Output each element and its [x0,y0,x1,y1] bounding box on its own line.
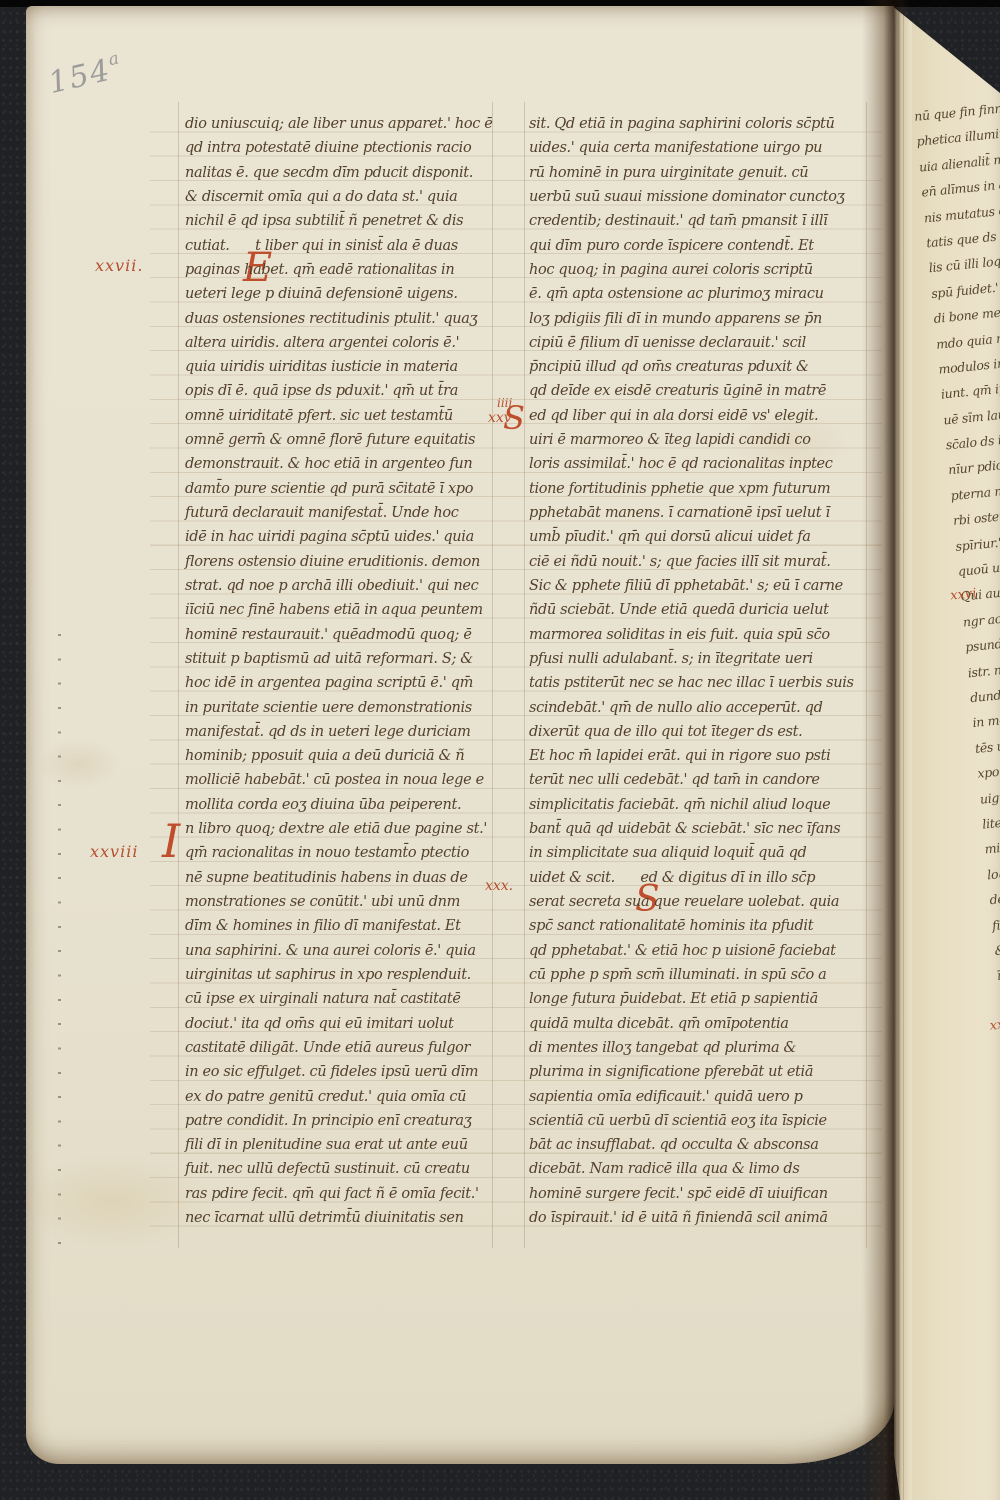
chapter-numeral-xxvi: xxvi [950,586,977,603]
manuscript-text-line: dīm & homines in filio dī manifestat. Et [185,914,497,938]
manuscript-text-line: nē supne beatitudinis habens in duas de [185,866,497,890]
manuscript-text-line: fuit. nec ullū defectū sustinuit. cū cre… [185,1157,497,1181]
rubricated-initial-S-sed-liber: S [503,402,525,434]
manuscript-text-line: sapientia omīa edificauit.' quidā uero p [529,1085,877,1109]
manuscript-text-line: una saphirini. & una aurei coloris ē.' q… [185,939,497,963]
manuscript-text-line: uirginitas ut saphirus in xpo resplendui… [185,963,497,987]
manuscript-text-line: molliciē habebāt.' cū postea in noua leg… [185,768,497,792]
manuscript-text-line: uiri ē marmoreo & īteg lapidi candidi co [529,428,877,452]
manuscript-text-line: dociut.' ita qd om̄s qui eū imitari uolu… [185,1012,497,1036]
manuscript-text-line: duas ostensiones rectitudinis ptulit.' q… [185,307,497,331]
manuscript-text-line: castitatē diligāt. Unde etiā aureus fulg… [185,1036,497,1060]
pricking-dots [58,634,61,1248]
facing-page-edge: nū que fin finnet̄phetica illuminauia al… [894,0,1000,1500]
manuscript-text-line: uerbū suū suaui missione dominator cunct… [529,185,877,209]
manuscript-text-line: uidet & scit. ed & digitus dī in illo sc… [529,866,877,890]
manuscript-text-line: p̄ncipiū illud qd om̄s creaturas pduxit … [529,355,877,379]
manuscript-text-line: mollita corda eoʒ diuina ūba peiperent. [185,793,497,817]
manuscript-text-line: tatis pstiterūt nec se hac nec illac ī u… [529,671,877,695]
manuscript-text-line: qd deīde ex eisdē creaturis ūginē in mat… [529,379,877,403]
manuscript-text-line: marmorea soliditas in eis fuit. quia spū… [529,623,877,647]
manuscript-text-line: cutiat. t liber qui in sinist̄ ala ē dua… [185,234,497,258]
text-column-right: sit. Qd etiā in pagina saphirini coloris… [529,112,877,1230]
manuscript-text-line: loris assimilat̄.' hoc ē qd racionalitas… [529,452,877,476]
folio-number-main: 154 [45,53,115,101]
manuscript-text-line: in eo sic effulget. cū fideles ipsū uerū… [185,1060,497,1084]
manuscript-text-line: manifestat̄. qd ds in ueteri lege durici… [185,720,497,744]
manuscript-text-line: paginas habet. qm̄ eadē rationalitas in [185,258,497,282]
manuscript-text-line: hominē surgere fecit.' spc̄ eidē dī uiui… [529,1182,877,1206]
manuscript-text-line: qm̄ racionalitas in nouo testamt̄o ptect… [185,841,497,865]
manuscript-text-line: cū ipse ex uirginali natura nat̄ castita… [185,987,497,1011]
manuscript-text-line: patre condidit. In principio enī creatur… [185,1109,497,1133]
manuscript-text-line: di mentes illoʒ tangebat qd plurima & [529,1036,877,1060]
manuscript-text-line: rū hominē in pura uirginitate genuit. cū [529,161,877,185]
manuscript-text-line: in puritate scientie uere demonstrationi… [185,696,497,720]
manuscript-text-line: ex do patre genitū credut.' quia omīa cū [185,1085,497,1109]
manuscript-text-line: opis dī ē. quā ipse ds pduxit.' qm̄ ut t… [185,379,497,403]
manuscript-text-line: uides.' quia certa manifestatione uirgo … [529,136,877,160]
manuscript-text-line: serat secreta sua que reuelare uolebat. … [529,890,877,914]
manuscript-text-line: hoc idē in argentea pagina scriptū ē.' q… [185,671,497,695]
chapter-numeral-xxxi: xxxi. [989,1016,1000,1034]
chapter-numeral-xxvii: xxvii. [95,256,143,275]
manuscript-text-line: ñdū sciebāt. Unde etiā quedā duricia uel… [529,598,877,622]
manuscript-text-line: fili dī in plenitudine sua erat ut ante … [185,1133,497,1157]
manuscript-text-line: monstrationes se conūtit.' ubi unū dnm [185,890,497,914]
facing-page-text: nū que fin finnet̄phetica illuminauia al… [913,90,1000,1267]
manuscript-text-line: simplicitatis faciebāt. qm̄ nichil aliud… [529,793,877,817]
manuscript-text-line: idē in hac uiridi pagina sc̄ptū uides.' … [185,525,497,549]
manuscript-text-line: tione fortitudinis pphetie que xpm futur… [529,477,877,501]
manuscript-text-line: ē. qm̄ apta ostensione ac plurimoʒ mirac… [529,282,877,306]
manuscript-text-line: ed qd liber qui in ala dorsi eidē vs' el… [529,404,877,428]
manuscript-text-line: iīciū nec finē habens etiā in aqua peunt… [185,598,497,622]
manuscript-text-line: do īspirauit.' id ē uitā ñ finiendā scil… [529,1206,877,1230]
manuscript-text-line: pfusi nulli adulabant̄. s; in ītegritate… [529,647,877,671]
manuscript-text-line: hominib; pposuit quia a deū duriciā & ñ [185,744,497,768]
manuscript-text-line: in simplicitate sua aliquid loquit̄ quā … [529,841,877,865]
manuscript-text-line: longe futura p̄uidebat. Et etiā p sapien… [529,987,877,1011]
manuscript-text-line: pphetabāt manens. ī carnationē ipsī uelu… [529,501,877,525]
manuscript-text-line: damt̄o pure scientie qd purā sc̄itatē ī … [185,477,497,501]
manuscript-text-line: florens ostensio diuine eruditionis. dem… [185,550,497,574]
manuscript-text-line: dio uniuscuiq; ale liber unus apparet.' … [185,112,497,136]
manuscript-text-line: dicebāt. Nam radicē illa qua & limo ds [529,1157,877,1181]
manuscript-text-line: nec īcarnat ullū detrimt̄ū diuinitatis s… [185,1206,497,1230]
manuscript-text-line: scindebāt.' qm̄ de nullo alio acceperūt.… [529,696,877,720]
manuscript-text-line: credentib; destinauit.' qd tam̄ pmansit … [529,209,877,233]
manuscript-text-line: hoc quoq; in pagina aurei coloris script… [529,258,877,282]
manuscript-text-line: omnē germ̄ & omnē florē future equitatis [185,428,497,452]
manuscript-text-line: stituit p baptismū ad uitā reformari. S;… [185,647,497,671]
manuscript-text-line: quidā multa dicebāt. qm̄ omīpotentia [529,1012,877,1036]
manuscript-text-line: ciē ei ñdū nouit.' s; que facies illī si… [529,550,877,574]
manuscript-text-line: cū pphe p spm̄ scm̄ illuminati. in spū s… [529,963,877,987]
ruling-vertical-line [178,102,179,1248]
manuscript-photo: 154a xxvii. xxviii iiii. xxv xxx. E I S … [0,0,1000,1500]
ruling-vertical-line [524,102,525,1248]
rubricated-initial-I: I [162,818,180,864]
manuscript-text-line: strat. qd noe p archā illi obediuit.' qu… [185,574,497,598]
manuscript-text-line: scientiā cū uerbū dī scientiā eoʒ ita īs… [529,1109,877,1133]
manuscript-text-line: qd intra potestatē diuine ptectionis rac… [185,136,497,160]
manuscript-text-line: nalitas ē. que secdm dīm pducit disponit… [185,161,497,185]
manuscript-text-line: altera uiridis. altera argentei coloris … [185,331,497,355]
manuscript-text-line: cipiū ē̄ filium dī uenisse declarauit.' … [529,331,877,355]
manuscript-text-line: umb̄ pīudit.' qm̄ qui dorsū alicui uidet… [529,525,877,549]
manuscript-text-line: sit. Qd etiā in pagina saphirini coloris… [529,112,877,136]
manuscript-text-line: ras pdire fecit. qm̄ qui fact ñ ē omīa f… [185,1182,497,1206]
manuscript-text-line: futurā declarauit manifestat̄. Unde hoc [185,501,497,525]
text-column-left: dio uniuscuiq; ale liber unus apparet.' … [185,112,497,1230]
manuscript-text-line: Et hoc m̄ lapidei erāt. qui in rigore su… [529,744,877,768]
folio-number: 154a [45,48,127,101]
manuscript-text-line: quia uiridis uiriditas iusticie in mater… [185,355,497,379]
manuscript-text-line: nichil ē qd ipsa subtilit̄ ñ penetret & … [185,209,497,233]
manuscript-text-line: Sic & pphete filiū dī pphetabāt.' s; eū … [529,574,877,598]
manuscript-text-line: loʒ pdigiis fili dī in mundo apparens se… [529,307,877,331]
manuscript-text-line: qui dīm puro corde īspicere contendt̄. E… [529,234,877,258]
manuscript-text-line: n libro quoq; dextre ale etiā due pagine… [185,817,497,841]
manuscript-text-line: & discernit omīa qui a do data st.' quia [185,185,497,209]
manuscript-text-line: bant̄ quā qd uidebāt & sciebāt.' sīc nec… [529,817,877,841]
manuscript-page-verso: 154a xxvii. xxviii iiii. xxv xxx. E I S … [26,6,894,1464]
manuscript-text-line: hominē restaurauit.' quēadmodū quoq; ē [185,623,497,647]
manuscript-text-line: dixerūt qua de illo qui tot īteger ds es… [529,720,877,744]
manuscript-text-line: qd pphetabat.' & etiā hoc p uisionē faci… [529,939,877,963]
manuscript-text-line: bāt ac insufflabat. qd occulta & abscons… [529,1133,877,1157]
manuscript-text-line: ueteri lege p diuinā defensionē uigens. [185,282,497,306]
manuscript-text-line: spc̄ sanct rationalitatē hominis ita pfu… [529,914,877,938]
manuscript-text-line: demonstrauit. & hoc etiā in argenteo fun [185,452,497,476]
manuscript-text-line: plurima in significatione pferebāt ut et… [529,1060,877,1084]
chapter-numeral-xxviii: xxviii [90,842,138,861]
manuscript-text-line: omnē uiriditatē pfert. sic uet testamt̄ū [185,404,497,428]
facing-page-text-block: nū que fin finnet̄phetica illuminauia al… [913,90,1000,1267]
page-edge-stack [894,0,912,1500]
manuscript-text-line: terūt nec ulli cedebāt.' qd tam̄ in cand… [529,768,877,792]
